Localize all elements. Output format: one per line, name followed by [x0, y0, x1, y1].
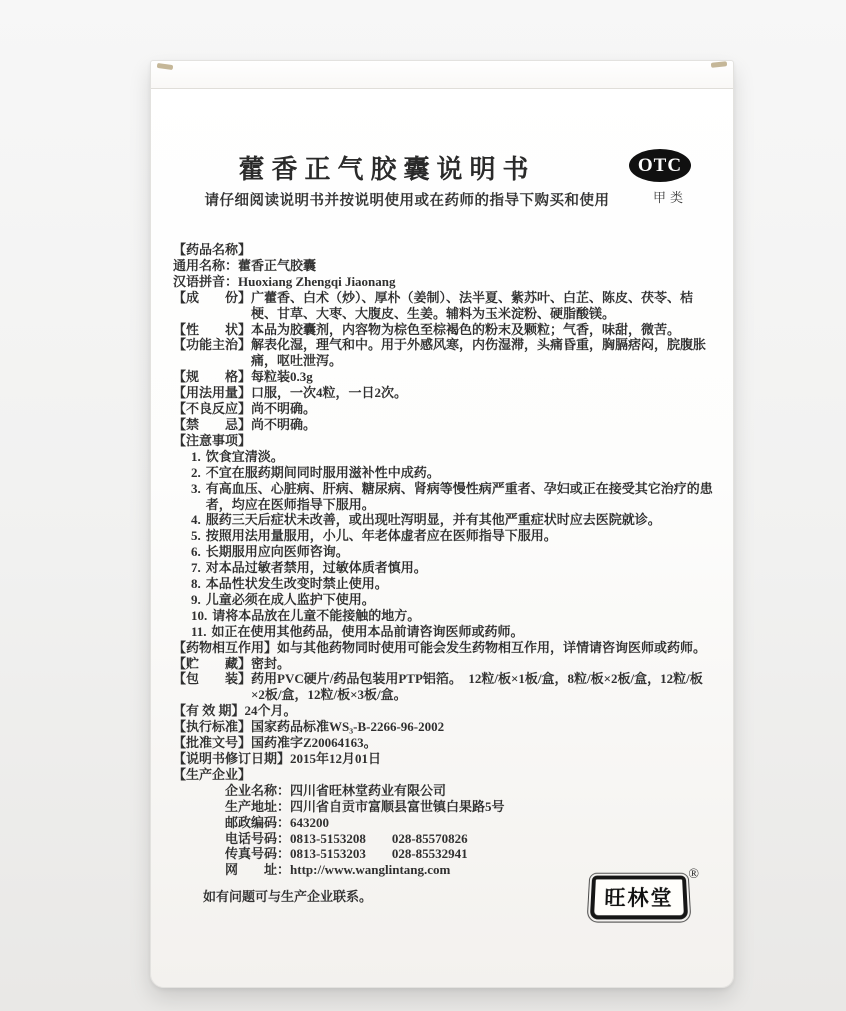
section-manufacturer: 【生产企业】	[173, 767, 713, 783]
registered-trademark-icon: ®	[688, 867, 699, 883]
section-label: 【执行标准】	[173, 719, 251, 735]
section-label: 【贮 藏】	[173, 656, 251, 672]
company-address-row: 生产地址：四川省自贡市富顺县富世镇白果路5号	[173, 799, 713, 815]
section-precautions: 【注意事项】	[173, 433, 713, 449]
section-ingredients: 【成 份】广藿香、白术（炒）、厚朴（姜制）、法半夏、紫苏叶、白芷、陈皮、茯苓、桔…	[173, 290, 713, 322]
precaution-item: 6.长期服用应向医师咨询。	[173, 544, 713, 560]
generic-name-value: 藿香正气胶囊	[238, 258, 713, 274]
fax-row: 传真号码：0813-5153203 028-85532941	[173, 846, 713, 862]
section-label: 【规 格】	[173, 369, 251, 385]
box-top-flap	[151, 61, 733, 89]
section-approval-number: 【批准文号】国药准字Z20064163。	[173, 735, 713, 751]
section-standard: 【执行标准】国家药品标准WS₃-B-2266-96-2002	[173, 719, 713, 735]
precaution-item: 10.请将本品放在儿童不能接触的地方。	[173, 608, 713, 624]
generic-name-row: 通用名称：藿香正气胶囊	[173, 258, 713, 274]
section-label: 【包 装】	[173, 671, 251, 687]
product-photo: 藿香正气胶囊说明书 请仔细阅读说明书并按说明使用或在药师的指导下购买和使用 OT…	[0, 0, 846, 1011]
section-drug-name: 【药品名称】	[173, 242, 713, 258]
section-label: 【说明书修订日期】	[173, 751, 290, 767]
section-drug-interactions: 【药物相互作用】如与其他药物同时使用可能会发生药物相互作用，详情请咨询医师或药师…	[173, 640, 713, 656]
section-description: 【性 状】本品为胶囊剂，内容物为棕色至棕褐色的粉末及颗粒；气香，味甜，微苦。	[173, 322, 713, 338]
precaution-item: 3.有高血压、心脏病、肝病、糖尿病、肾病等慢性病严重者、孕妇或正在接受其它治疗的…	[173, 481, 713, 513]
section-label: 【成 份】	[173, 290, 251, 306]
precaution-item: 8.本品性状发生改变时禁止使用。	[173, 576, 713, 592]
section-label: 【不良反应】	[173, 401, 251, 417]
section-label: 【注意事项】	[173, 433, 251, 449]
section-shelf-life: 【有 效 期】24个月。	[173, 703, 713, 719]
company-name-row: 企业名称：四川省旺林堂药业有限公司	[173, 783, 713, 799]
precaution-item: 4.服药三天后症状未改善，或出现吐泻明显，并有其他严重症状时应去医院就诊。	[173, 512, 713, 528]
brand-seal: 旺林堂 ®	[591, 871, 695, 921]
section-adverse-reactions: 【不良反应】尚不明确。	[173, 401, 713, 417]
otc-class-label: 甲类	[653, 187, 687, 206]
section-label: 【批准文号】	[173, 735, 251, 751]
precautions-list: 1.饮食宜清淡。 2.不宜在服药期间同时服用滋补性中成药。 3.有高血压、心脏病…	[173, 449, 713, 640]
section-label: 【禁 忌】	[173, 417, 251, 433]
field-label: 汉语拼音：	[173, 274, 238, 290]
pinyin-row: 汉语拼音：Huoxiang Zhengqi Jiaonang	[173, 274, 713, 290]
flap-notch-right	[711, 61, 727, 68]
section-label: 【用法用量】	[173, 385, 251, 401]
precaution-item: 5.按照用法用量服用，小儿、年老体虚者应在医师指导下服用。	[173, 528, 713, 544]
section-contraindications: 【禁 忌】尚不明确。	[173, 417, 713, 433]
section-label: 【药品名称】	[173, 242, 251, 258]
field-label: 通用名称：	[173, 258, 238, 274]
section-storage: 【贮 藏】密封。	[173, 656, 713, 672]
section-label: 【性 状】	[173, 322, 251, 338]
precaution-item: 1.饮食宜清淡。	[173, 449, 713, 465]
medicine-box-back-panel: 藿香正气胶囊说明书 请仔细阅读说明书并按说明使用或在药师的指导下购买和使用 OT…	[150, 60, 734, 988]
manufacturer-details: 企业名称：四川省旺林堂药业有限公司 生产地址：四川省自贡市富顺县富世镇白果路5号…	[173, 783, 713, 878]
pinyin-value: Huoxiang Zhengqi Jiaonang	[238, 274, 713, 290]
flap-notch-left	[157, 63, 174, 70]
precaution-item: 9.儿童必须在成人监护下使用。	[173, 592, 713, 608]
phone-row: 电话号码：0813-5153208 028-85570826	[173, 831, 713, 847]
postal-code-row: 邮政编码：643200	[173, 815, 713, 831]
leaflet-title: 藿香正气胶囊说明书	[151, 149, 623, 186]
section-label: 【生产企业】	[173, 767, 251, 783]
section-revision-date: 【说明书修订日期】2015年12月01日	[173, 751, 713, 767]
section-specification: 【规 格】每粒装0.3g	[173, 369, 713, 385]
section-dosage: 【用法用量】口服，一次4粒，一日2次。	[173, 385, 713, 401]
section-packaging: 【包 装】药用PVC硬片/药品包装用PTP铝箔。 12粒/板×1板/盒，8粒/板…	[173, 671, 713, 703]
section-label: 【功能主治】	[173, 337, 251, 353]
section-label: 【药物相互作用】	[173, 640, 277, 656]
precaution-item: 7.对本品过敏者禁用，过敏体质者慎用。	[173, 560, 713, 576]
otc-badge: OTC	[629, 149, 691, 182]
section-indications: 【功能主治】解表化湿，理气和中。用于外感风寒，内伤湿滞，头痛昏重，胸膈痞闷，脘腹…	[173, 337, 713, 369]
precaution-item: 2.不宜在服药期间同时服用滋补性中成药。	[173, 465, 713, 481]
leaflet-body: 【药品名称】 通用名称：藿香正气胶囊 汉语拼音：Huoxiang Zhengqi…	[173, 242, 713, 905]
wanglintang-logo: 旺林堂	[590, 876, 688, 920]
section-label: 【有 效 期】	[173, 703, 245, 719]
leaflet-subtitle: 请仔细阅读说明书并按说明使用或在药师的指导下购买和使用	[191, 189, 623, 210]
precaution-item: 11.如正在使用其他药品，使用本品前请咨询医师或药师。	[173, 624, 713, 640]
